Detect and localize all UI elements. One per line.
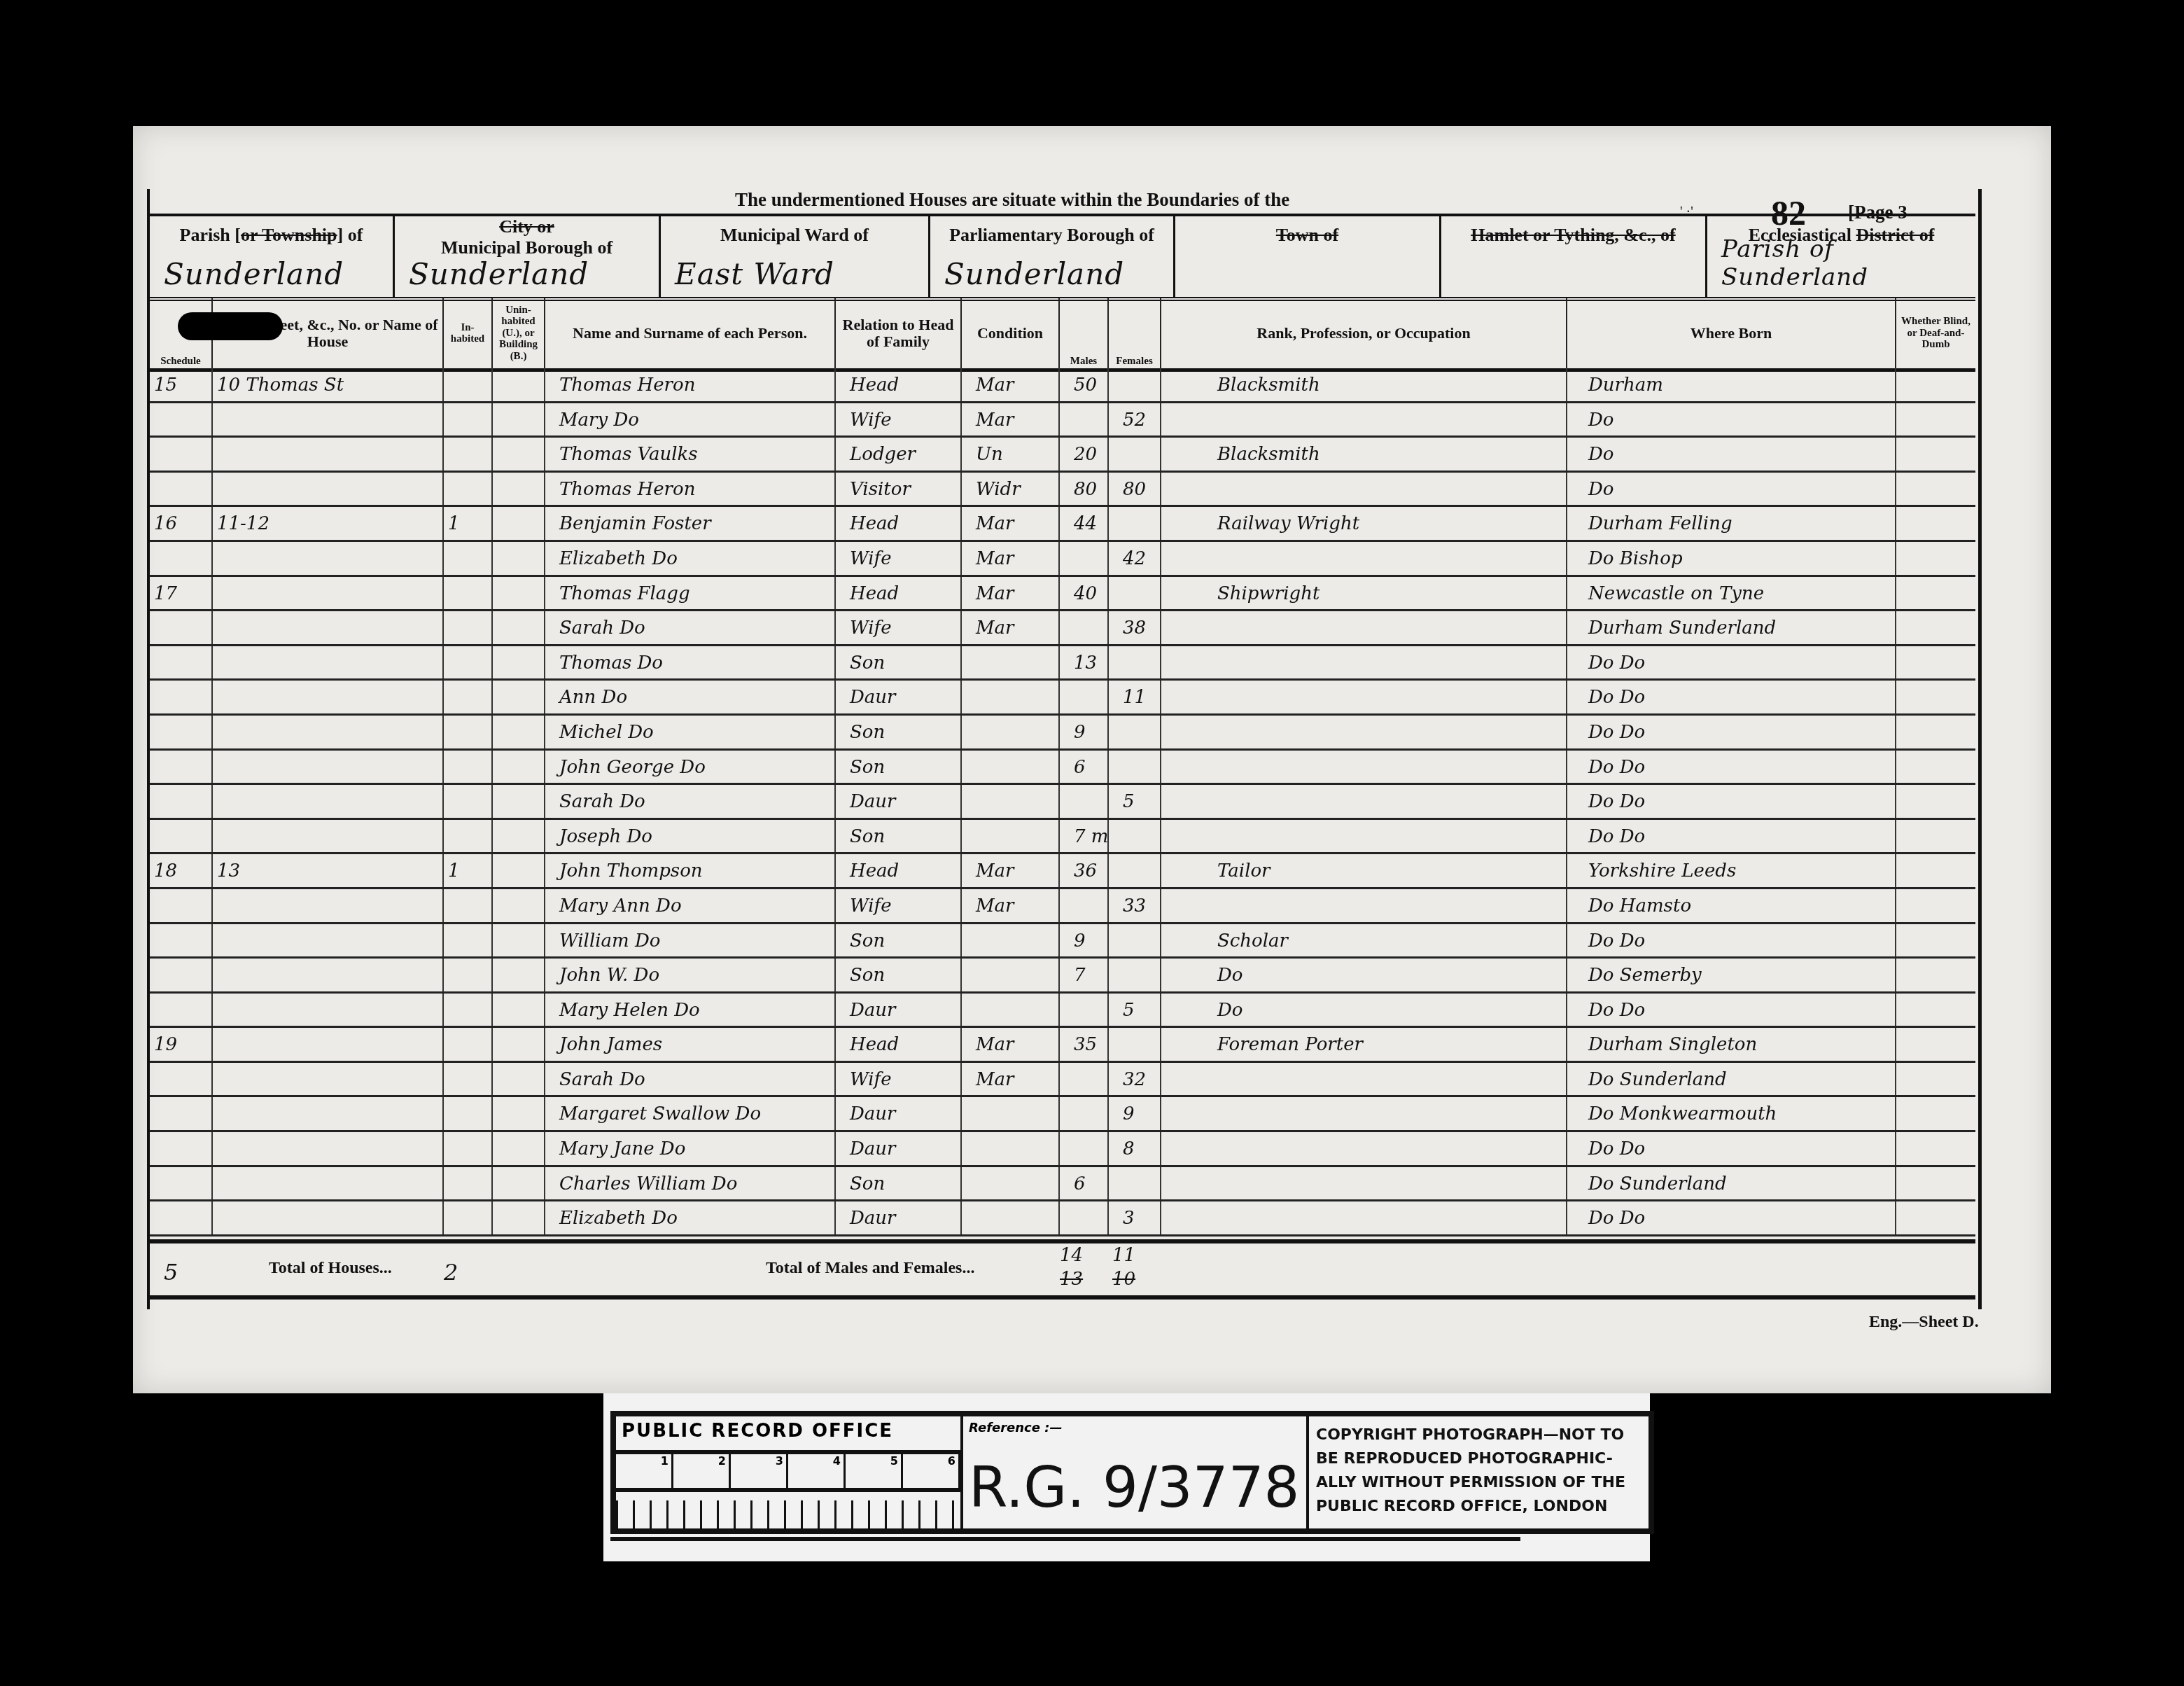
male-age-cell: 36	[1060, 854, 1109, 887]
col-uninhabited: Unin-habited (U.), or Building (B.)	[493, 298, 545, 368]
blind-cell	[1896, 785, 1975, 818]
name-cell: Thomas Flagg	[545, 577, 836, 610]
condition-cell: Mar	[962, 611, 1060, 644]
male-age-cell: 6	[1060, 1167, 1109, 1200]
table-row: Elizabeth DoWifeMar42Do Bishop	[150, 542, 1975, 577]
house-cell	[213, 1063, 444, 1096]
schedule-cell	[150, 820, 213, 853]
occupation-cell	[1161, 646, 1567, 679]
relation-cell: Head	[836, 368, 962, 401]
name-cell: Charles William Do	[545, 1167, 836, 1200]
blind-cell	[1896, 820, 1975, 853]
schedule-cell	[150, 716, 213, 748]
blind-cell	[1896, 889, 1975, 922]
name-cell: Mary Jane Do	[545, 1132, 836, 1165]
condition-cell	[962, 924, 1060, 957]
birthplace-cell: Newcastle on Tyne	[1567, 577, 1896, 610]
relation-cell: Wife	[836, 403, 962, 436]
male-age-cell: 7 mo	[1060, 820, 1109, 853]
table-row: Michel DoSon9Do Do	[150, 716, 1975, 751]
occupation-cell	[1161, 889, 1567, 922]
total-females-struck: 10	[1112, 1269, 1135, 1290]
condition-cell: Mar	[962, 889, 1060, 922]
occupation-cell: Blacksmith	[1161, 438, 1567, 471]
birthplace-cell: Do Do	[1567, 716, 1896, 748]
birthplace-cell: Do Do	[1567, 646, 1896, 679]
uninhabited-cell	[493, 716, 545, 748]
house-cell	[213, 611, 444, 644]
female-age-cell	[1109, 854, 1161, 887]
schedule-cell: 16	[150, 507, 213, 540]
condition-cell	[962, 785, 1060, 818]
female-age-cell	[1109, 959, 1161, 991]
blind-cell	[1896, 577, 1975, 610]
female-age-cell	[1109, 438, 1161, 471]
house-cell	[213, 1028, 444, 1061]
female-age-cell: 80	[1109, 473, 1161, 506]
occupation-cell	[1161, 403, 1567, 436]
female-age-cell: 9	[1109, 1097, 1161, 1130]
female-age-cell: 52	[1109, 403, 1161, 436]
male-age-cell: 44	[1060, 507, 1109, 540]
relation-cell: Son	[836, 1167, 962, 1200]
total-houses-label: Total of Houses...	[269, 1259, 392, 1278]
male-age-cell: 13	[1060, 646, 1109, 679]
relation-cell: Wife	[836, 1063, 962, 1096]
inhabited-cell	[444, 542, 493, 575]
table-row: 1510 Thomas StThomas HeronHeadMar50Black…	[150, 368, 1975, 403]
inhabited-cell	[444, 716, 493, 748]
col-blind: Whether Blind, or Deaf-and-Dumb	[1896, 298, 1975, 368]
house-cell	[213, 1132, 444, 1165]
female-age-cell: 5	[1109, 994, 1161, 1026]
uninhabited-cell	[493, 994, 545, 1026]
birthplace-cell: Yorkshire Leeds	[1567, 854, 1896, 887]
female-age-cell: 33	[1109, 889, 1161, 922]
occupation-cell	[1161, 751, 1567, 783]
name-cell: Thomas Heron	[545, 368, 836, 401]
relation-cell: Daur	[836, 681, 962, 713]
schedule-cell	[150, 1201, 213, 1234]
name-cell: Michel Do	[545, 716, 836, 748]
schedule-cell	[150, 1167, 213, 1200]
female-age-cell	[1109, 646, 1161, 679]
condition-cell	[962, 646, 1060, 679]
house-cell	[213, 542, 444, 575]
house-cell	[213, 820, 444, 853]
relation-cell: Head	[836, 854, 962, 887]
house-cell: 10 Thomas St	[213, 368, 444, 401]
schedule-cell	[150, 924, 213, 957]
blind-cell	[1896, 716, 1975, 748]
ruler-tick: 5	[846, 1454, 903, 1488]
name-cell: Margaret Swallow Do	[545, 1097, 836, 1130]
birthplace-cell: Do Do	[1567, 785, 1896, 818]
male-age-cell	[1060, 681, 1109, 713]
name-cell: Mary Ann Do	[545, 889, 836, 922]
name-cell: John W. Do	[545, 959, 836, 991]
inhabited-cell	[444, 924, 493, 957]
table-row: Sarah DoWifeMar38Durham Sunderland	[150, 611, 1975, 646]
blind-cell	[1896, 1028, 1975, 1061]
female-age-cell	[1109, 577, 1161, 610]
uninhabited-cell	[493, 403, 545, 436]
uninhabited-cell	[493, 1028, 545, 1061]
name-cell: William Do	[545, 924, 836, 957]
col-born: Where Born	[1567, 298, 1896, 368]
condition-cell: Widr	[962, 473, 1060, 506]
col-name: Name and Surname of each Person.	[545, 298, 836, 368]
relation-cell: Son	[836, 820, 962, 853]
schedule-cell: 15	[150, 368, 213, 401]
relation-cell: Wife	[836, 542, 962, 575]
uninhabited-cell	[493, 889, 545, 922]
female-age-cell	[1109, 716, 1161, 748]
inhabited-cell	[444, 820, 493, 853]
occupation-cell: Do	[1161, 959, 1567, 991]
table-row: Charles William DoSon6Do Sunderland	[150, 1167, 1975, 1202]
house-cell	[213, 473, 444, 506]
blind-cell	[1896, 1097, 1975, 1130]
ruler-tick: 3	[731, 1454, 788, 1488]
occupation-cell: Railway Wright	[1161, 507, 1567, 540]
uninhabited-cell	[493, 854, 545, 887]
condition-cell	[962, 820, 1060, 853]
male-age-cell	[1060, 1132, 1109, 1165]
occupation-cell	[1161, 820, 1567, 853]
occupation-cell: Do	[1161, 994, 1567, 1026]
female-age-cell	[1109, 368, 1161, 401]
hamlet-field: Hamlet or Tything, &c., of	[1441, 216, 1707, 297]
female-age-cell	[1109, 924, 1161, 957]
blind-cell	[1896, 994, 1975, 1026]
house-cell	[213, 994, 444, 1026]
schedule-cell: 19	[150, 1028, 213, 1061]
inhabited-cell	[444, 889, 493, 922]
table-row: Ann DoDaur11Do Do	[150, 681, 1975, 716]
total-males-struck: 13	[1060, 1269, 1083, 1290]
inhabited-cell	[444, 1097, 493, 1130]
occupation-cell	[1161, 611, 1567, 644]
col-inhabited: In-habited	[444, 298, 493, 368]
uninhabited-cell	[493, 681, 545, 713]
house-cell	[213, 785, 444, 818]
ward-value: East Ward	[675, 257, 834, 291]
relation-cell: Wife	[836, 611, 962, 644]
blind-cell	[1896, 854, 1975, 887]
female-age-cell: 42	[1109, 542, 1161, 575]
inhabited-cell	[444, 1201, 493, 1234]
table-row: 17Thomas FlaggHeadMar40ShipwrightNewcast…	[150, 577, 1975, 612]
male-age-cell	[1060, 785, 1109, 818]
ecclesiastical-field: Ecclesiastical District of Parish of Sun…	[1707, 216, 1975, 297]
male-age-cell: 9	[1060, 924, 1109, 957]
birthplace-cell: Do Do	[1567, 751, 1896, 783]
house-cell	[213, 646, 444, 679]
birthplace-cell: Do	[1567, 403, 1896, 436]
birthplace-cell: Do Do	[1567, 924, 1896, 957]
uninhabited-cell	[493, 473, 545, 506]
female-age-cell: 38	[1109, 611, 1161, 644]
sheet-label: Eng.—Sheet D.	[1869, 1313, 1979, 1332]
occupation-cell	[1161, 1167, 1567, 1200]
parish-field: Parish [or Township] of Sunderland	[150, 216, 395, 297]
blind-cell	[1896, 959, 1975, 991]
uninhabited-cell	[493, 751, 545, 783]
house-cell	[213, 438, 444, 471]
condition-cell: Un	[962, 438, 1060, 471]
uninhabited-cell	[493, 507, 545, 540]
relation-cell: Son	[836, 924, 962, 957]
birthplace-cell: Do Semerby	[1567, 959, 1896, 991]
male-age-cell: 80	[1060, 473, 1109, 506]
male-age-cell	[1060, 1097, 1109, 1130]
schedule-cell: 17	[150, 577, 213, 610]
condition-cell: Mar	[962, 854, 1060, 887]
name-cell: Thomas Heron	[545, 473, 836, 506]
ecclesiastical-value: Parish of Sunderland	[1721, 235, 1975, 291]
inhabited-cell	[444, 473, 493, 506]
female-age-cell: 11	[1109, 681, 1161, 713]
schedule-cell	[150, 994, 213, 1026]
house-cell	[213, 924, 444, 957]
relation-cell: Daur	[836, 1097, 962, 1130]
total-persons-label: Total of Males and Females...	[766, 1259, 974, 1278]
relation-cell: Son	[836, 646, 962, 679]
birthplace-cell: Do Bishop	[1567, 542, 1896, 575]
schedule-cell	[150, 959, 213, 991]
birthplace-cell: Do Monkwearmouth	[1567, 1097, 1896, 1130]
birthplace-cell: Do Do	[1567, 681, 1896, 713]
occupation-cell	[1161, 542, 1567, 575]
table-row: Sarah DoWifeMar32Do Sunderland	[150, 1063, 1975, 1098]
condition-cell	[962, 994, 1060, 1026]
public-record-office-stamp: PUBLIC RECORD OFFICE 123456 Reference :—…	[603, 1393, 1650, 1561]
schedule-cell	[150, 542, 213, 575]
birthplace-cell: Durham Felling	[1567, 507, 1896, 540]
condition-cell	[962, 959, 1060, 991]
inhabited-cell	[444, 1063, 493, 1096]
male-age-cell: 35	[1060, 1028, 1109, 1061]
schedule-cell	[150, 1097, 213, 1130]
inhabited-cell	[444, 438, 493, 471]
table-row: Joseph DoSon7 moDo Do	[150, 820, 1975, 855]
relation-cell: Daur	[836, 994, 962, 1026]
house-cell	[213, 681, 444, 713]
blind-cell	[1896, 1201, 1975, 1234]
blind-cell	[1896, 681, 1975, 713]
schedule-cell	[150, 751, 213, 783]
occupation-cell	[1161, 785, 1567, 818]
inhabited-cell	[444, 994, 493, 1026]
condition-cell: Mar	[962, 507, 1060, 540]
ruler-tick: 1	[616, 1454, 673, 1488]
relation-cell: Visitor	[836, 473, 962, 506]
table-row: John George DoSon6Do Do	[150, 751, 1975, 786]
male-age-cell: 7	[1060, 959, 1109, 991]
occupation-cell: Tailor	[1161, 854, 1567, 887]
schedule-cell: 18	[150, 854, 213, 887]
condition-cell	[962, 681, 1060, 713]
inhabited-cell	[444, 1132, 493, 1165]
table-row: Mary Ann DoWifeMar33Do Hamsto	[150, 889, 1975, 924]
birthplace-cell: Do	[1567, 438, 1896, 471]
birthplace-cell: Do Sunderland	[1567, 1063, 1896, 1096]
inhabited-cell	[444, 611, 493, 644]
column-headers: Schedule Road, Street, &c., No. or Name …	[150, 298, 1975, 372]
name-cell: Mary Do	[545, 403, 836, 436]
house-cell	[213, 716, 444, 748]
uninhabited-cell	[493, 646, 545, 679]
name-cell: Elizabeth Do	[545, 542, 836, 575]
scale-ruler: PUBLIC RECORD OFFICE 123456	[616, 1416, 963, 1528]
house-cell	[213, 751, 444, 783]
uninhabited-cell	[493, 1201, 545, 1234]
inhabited-cell	[444, 1167, 493, 1200]
condition-cell: Mar	[962, 1028, 1060, 1061]
uninhabited-cell	[493, 924, 545, 957]
office-title: PUBLIC RECORD OFFICE	[622, 1421, 893, 1442]
inhabited-cell	[444, 646, 493, 679]
town-field: Town of	[1175, 216, 1441, 297]
house-cell	[213, 1167, 444, 1200]
uninhabited-cell	[493, 1132, 545, 1165]
blind-cell	[1896, 1167, 1975, 1200]
condition-cell: Mar	[962, 403, 1060, 436]
table-row: William DoSon9ScholarDo Do	[150, 924, 1975, 959]
col-condition: Condition	[962, 298, 1060, 368]
condition-cell	[962, 1201, 1060, 1234]
blind-cell	[1896, 368, 1975, 401]
table-row: 1611-121Benjamin FosterHeadMar44Railway …	[150, 507, 1975, 542]
census-rows: 1510 Thomas StThomas HeronHeadMar50Black…	[150, 368, 1975, 1236]
condition-cell	[962, 1097, 1060, 1130]
relation-cell: Daur	[836, 1132, 962, 1165]
male-age-cell	[1060, 889, 1109, 922]
ward-field: Municipal Ward of East Ward	[661, 216, 930, 297]
condition-cell: Mar	[962, 368, 1060, 401]
occupation-cell	[1161, 1201, 1567, 1234]
ruler-tick: 2	[673, 1454, 731, 1488]
table-row: Sarah DoDaur5Do Do	[150, 785, 1975, 820]
inhabited-cell	[444, 403, 493, 436]
male-age-cell: 40	[1060, 577, 1109, 610]
occupation-cell: Shipwright	[1161, 577, 1567, 610]
blind-cell	[1896, 473, 1975, 506]
male-age-cell: 50	[1060, 368, 1109, 401]
occupation-cell	[1161, 1063, 1567, 1096]
male-age-cell	[1060, 611, 1109, 644]
relation-cell: Daur	[836, 1201, 962, 1234]
condition-cell	[962, 751, 1060, 783]
blind-cell	[1896, 1063, 1975, 1096]
female-age-cell	[1109, 751, 1161, 783]
male-age-cell	[1060, 403, 1109, 436]
name-cell: John James	[545, 1028, 836, 1061]
table-row: Elizabeth DoDaur3Do Do	[150, 1201, 1975, 1236]
reference-box: Reference :— R.G. 9/3778	[963, 1416, 1309, 1528]
blind-cell	[1896, 1132, 1975, 1165]
ruler-tick: 6	[903, 1454, 960, 1488]
table-row: John W. DoSon7DoDo Semerby	[150, 959, 1975, 994]
name-cell: Sarah Do	[545, 611, 836, 644]
inhabited-cell	[444, 785, 493, 818]
schedule-cell	[150, 1063, 213, 1096]
relation-cell: Son	[836, 751, 962, 783]
female-age-cell	[1109, 1167, 1161, 1200]
name-cell: Elizabeth Do	[545, 1201, 836, 1234]
relation-cell: Wife	[836, 889, 962, 922]
female-age-cell	[1109, 820, 1161, 853]
male-age-cell	[1060, 1063, 1109, 1096]
male-age-cell: 9	[1060, 716, 1109, 748]
relation-cell: Daur	[836, 785, 962, 818]
name-cell: Joseph Do	[545, 820, 836, 853]
schedule-cell	[150, 1132, 213, 1165]
inhabited-cell	[444, 681, 493, 713]
blind-cell	[1896, 507, 1975, 540]
uninhabited-cell	[493, 1167, 545, 1200]
totals-row: 5 Total of Houses... 2 Total of Males an…	[150, 1239, 1975, 1300]
col-males: Males	[1060, 298, 1109, 368]
parliamentary-field: Parliamentary Borough of Sunderland	[930, 216, 1175, 297]
table-row: Margaret Swallow DoDaur9Do Monkwearmouth	[150, 1097, 1975, 1132]
relation-cell: Lodger	[836, 438, 962, 471]
birthplace-cell: Do Hamsto	[1567, 889, 1896, 922]
relation-cell: Head	[836, 507, 962, 540]
table-row: Mary Helen DoDaur5DoDo Do	[150, 994, 1975, 1029]
male-age-cell: 6	[1060, 751, 1109, 783]
census-page: The undermentioned Houses are situate wi…	[133, 126, 2051, 1393]
blind-cell	[1896, 403, 1975, 436]
name-cell: Ann Do	[545, 681, 836, 713]
female-age-cell: 3	[1109, 1201, 1161, 1234]
female-age-cell	[1109, 1028, 1161, 1061]
condition-cell	[962, 716, 1060, 748]
male-age-cell	[1060, 542, 1109, 575]
schedule-cell	[150, 681, 213, 713]
uninhabited-cell	[493, 438, 545, 471]
blind-cell	[1896, 438, 1975, 471]
schedule-cell	[150, 889, 213, 922]
occupation-cell	[1161, 716, 1567, 748]
table-row: Mary Jane DoDaur8Do Do	[150, 1132, 1975, 1167]
relation-cell: Son	[836, 716, 962, 748]
name-cell: John George Do	[545, 751, 836, 783]
total-males: 14	[1060, 1245, 1083, 1266]
name-cell: John Thompson	[545, 854, 836, 887]
birthplace-cell: Do Do	[1567, 820, 1896, 853]
inhabited-cell	[444, 577, 493, 610]
boundary-header: Parish [or Township] of Sunderland City …	[150, 214, 1975, 301]
inhabited-cell	[444, 751, 493, 783]
house-cell: 13	[213, 854, 444, 887]
occupation-cell: Foreman Porter	[1161, 1028, 1567, 1061]
house-cell	[213, 1201, 444, 1234]
schedule-cell	[150, 473, 213, 506]
blind-cell	[1896, 924, 1975, 957]
copyright-notice: COPYRIGHT PHOTOGRAPH—NOT TO BE REPRODUCE…	[1309, 1416, 1648, 1528]
uninhabited-cell	[493, 1063, 545, 1096]
total-females: 11	[1112, 1245, 1135, 1266]
reference-value: R.G. 9/3778	[969, 1455, 1299, 1520]
birthplace-cell: Durham Sunderland	[1567, 611, 1896, 644]
blind-cell	[1896, 751, 1975, 783]
male-age-cell: 20	[1060, 438, 1109, 471]
uninhabited-cell	[493, 820, 545, 853]
birthplace-cell: Do Sunderland	[1567, 1167, 1896, 1200]
house-cell: 11-12	[213, 507, 444, 540]
